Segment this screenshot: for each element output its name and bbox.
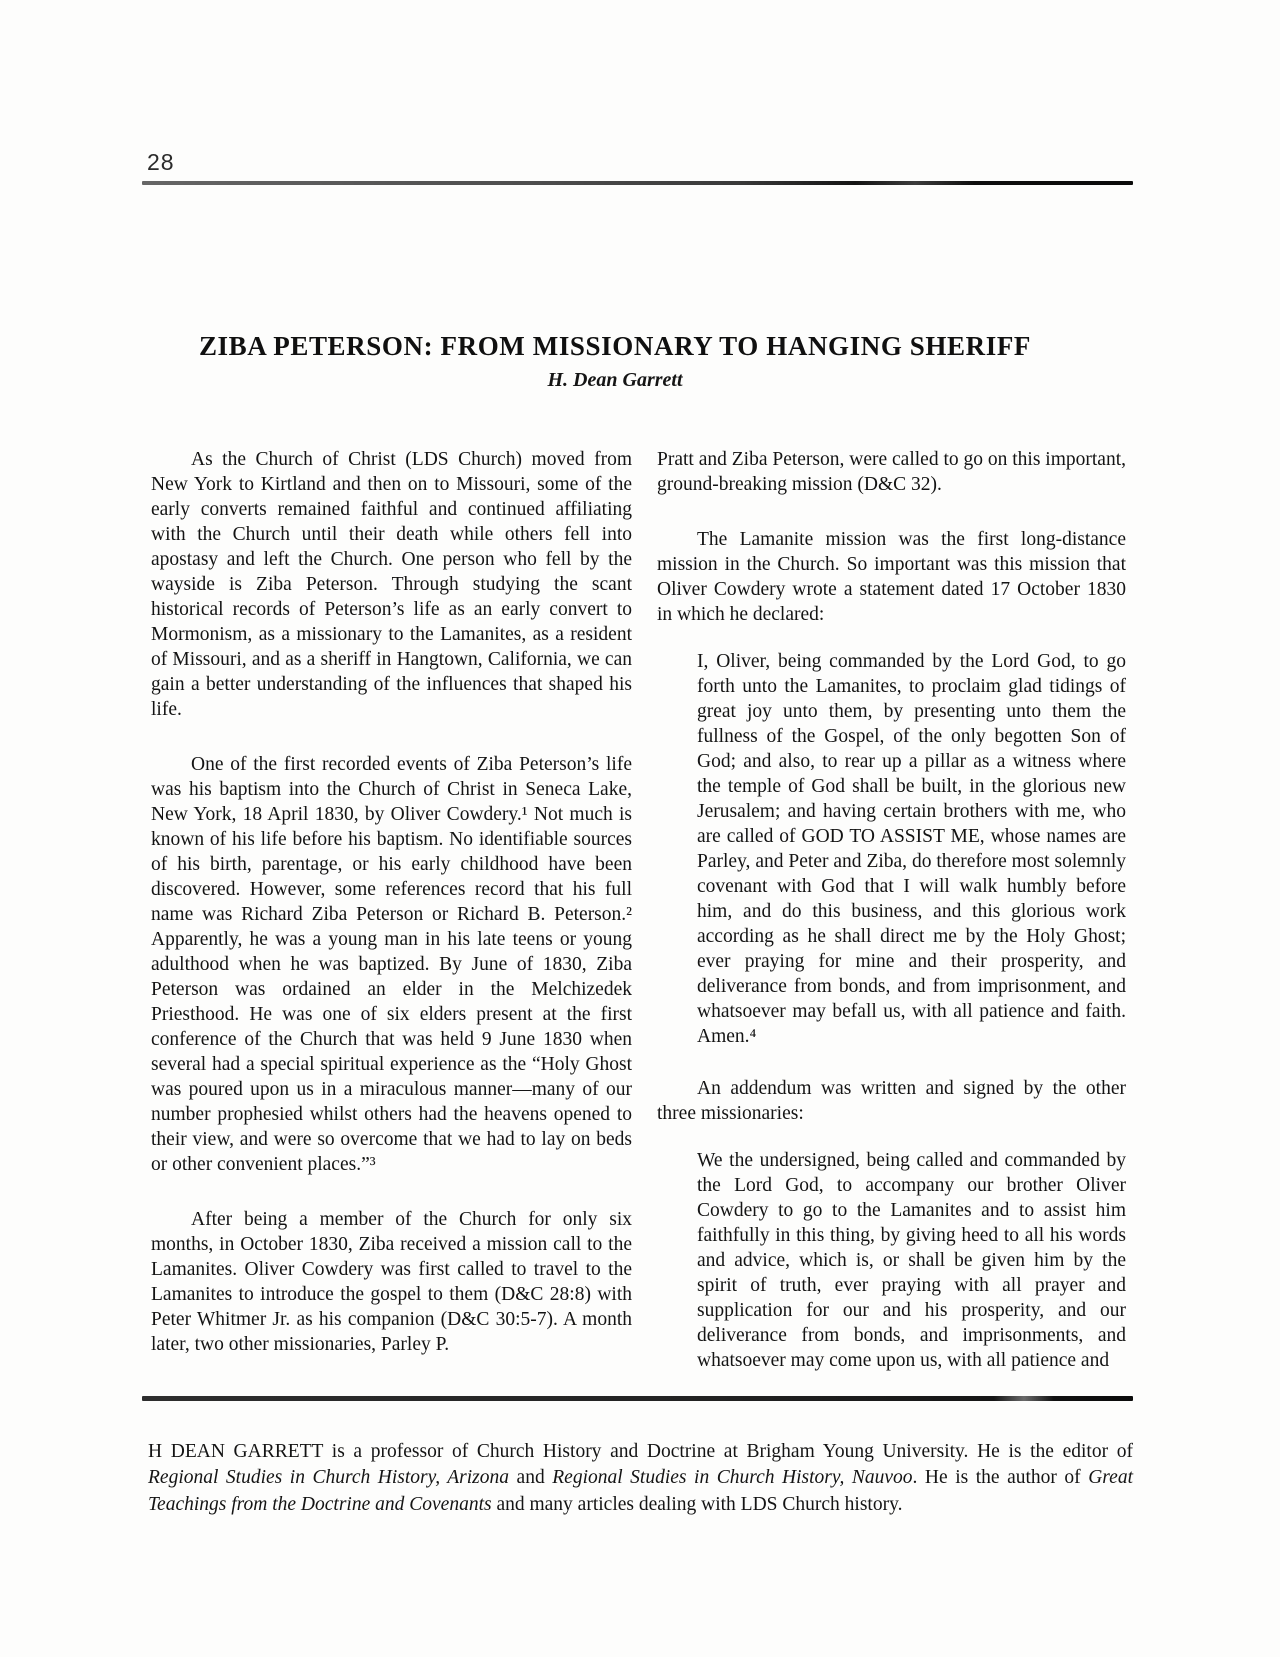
journal-page: 28 ZIBA PETERSON: FROM MISSIONARY TO HAN… — [0, 0, 1280, 1657]
article-author: H. Dean Garrett — [140, 369, 1090, 392]
footer-rule — [142, 1396, 1133, 1401]
left-column: As the Church of Christ (LDS Church) mov… — [151, 447, 632, 1373]
title-block: ZIBA PETERSON: FROM MISSIONARY TO HANGIN… — [140, 331, 1090, 392]
bio-text: and — [509, 1467, 552, 1488]
header-rule — [142, 181, 1133, 185]
footer-author-bio: H DEAN GARRETT is a professor of Church … — [148, 1439, 1133, 1519]
body-paragraph: After being a member of the Church for o… — [151, 1207, 632, 1357]
book-title: Regional Studies in Church History, Ariz… — [148, 1467, 509, 1488]
article-title: ZIBA PETERSON: FROM MISSIONARY TO HANGIN… — [140, 331, 1090, 362]
book-title: Regional Studies in Church History, Nauv… — [552, 1467, 912, 1488]
bio-text: H DEAN GARRETT is a professor of Church … — [148, 1441, 1133, 1462]
right-column: Pratt and Ziba Peterson, were called to … — [657, 447, 1126, 1373]
bio-text: and many articles dealing with LDS Churc… — [492, 1494, 903, 1515]
article-body: As the Church of Christ (LDS Church) mov… — [151, 447, 1126, 1373]
body-paragraph: As the Church of Christ (LDS Church) mov… — [151, 447, 632, 722]
block-quote-missionaries-addendum: We the undersigned, being called and com… — [697, 1148, 1126, 1373]
bio-text: . He is the author of — [913, 1467, 1089, 1488]
body-paragraph: An addendum was written and signed by th… — [657, 1076, 1126, 1126]
body-paragraph-continuation: Pratt and Ziba Peterson, were called to … — [657, 447, 1126, 497]
block-quote-cowdery-covenant: I, Oliver, being commanded by the Lord G… — [697, 649, 1126, 1049]
body-paragraph: One of the first recorded events of Ziba… — [151, 752, 632, 1177]
body-paragraph: The Lamanite mission was the first long-… — [657, 527, 1126, 627]
page-number: 28 — [147, 149, 175, 176]
